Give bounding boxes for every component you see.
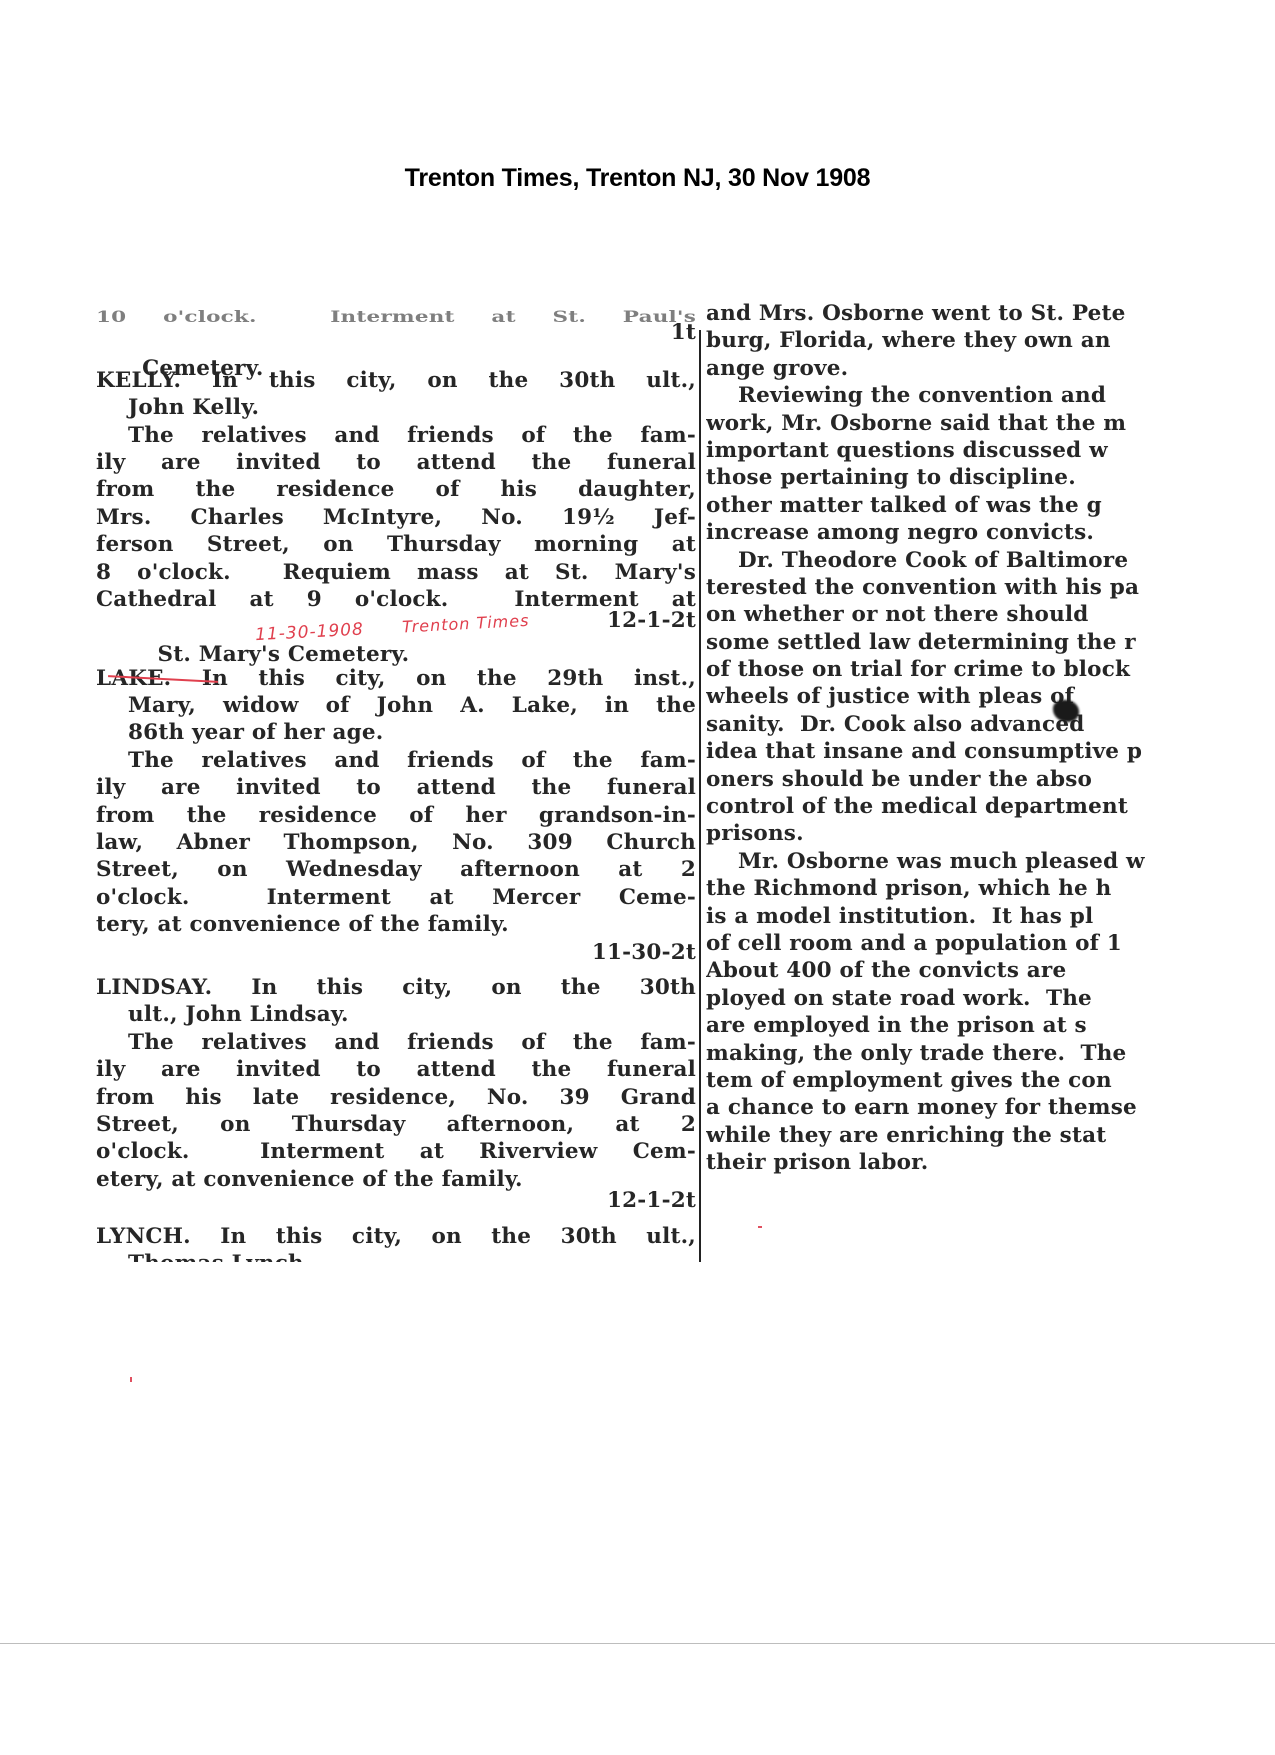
article-line: sanity. Dr. Cook also advanced	[706, 711, 1242, 738]
obit-line: from the residence of his daughter,	[96, 476, 696, 503]
obit-line: ult., John Lindsay.	[96, 1001, 696, 1028]
obit-line: ferson Street, on Thursday morning at	[96, 531, 696, 558]
obit-line: The relatives and friends of the fam-	[96, 1029, 696, 1056]
article-line: a chance to earn money for themse	[706, 1094, 1242, 1121]
article-line: idea that insane and consumptive p	[706, 738, 1242, 765]
article-line: burg, Florida, where they own an	[706, 327, 1242, 354]
obit-line: ily are invited to attend the funeral	[96, 449, 696, 476]
article-line: Mr. Osborne was much pleased w	[706, 848, 1242, 875]
obit-line: The relatives and friends of the fam-	[96, 747, 696, 774]
article-line: important questions discussed w	[706, 437, 1242, 464]
article-column: and Mrs. Osborne went to St. Pete burg, …	[706, 300, 1242, 1262]
article-line: while they are enriching the stat	[706, 1122, 1242, 1149]
article-line: on whether or not there should	[706, 601, 1242, 628]
column-rule	[699, 330, 701, 1262]
article-line: of those on trial for crime to block	[706, 656, 1242, 683]
obit-line: Street, on Thursday afternoon, at 2	[96, 1111, 696, 1138]
article-line: and Mrs. Osborne went to St. Pete	[706, 300, 1242, 327]
obit-line: Street, on Wednesday afternoon at 2	[96, 856, 696, 883]
article-line: tem of employment gives the con	[706, 1067, 1242, 1094]
obit-line: 86th year of her age.	[96, 719, 696, 746]
obit-line: o'clock. Interment at Mercer Ceme-	[96, 884, 696, 911]
obit-heading: LINDSAY. In this city, on the 30th	[96, 974, 696, 1001]
newspaper-clipping: 10 o'clock. Interment at St. Paul's Ceme…	[96, 300, 1242, 1262]
article-line: are employed in the prison at s	[706, 1012, 1242, 1039]
obit-line: Cemetery. 1t	[96, 327, 696, 354]
obit-line: 8 o'clock. Requiem mass at St. Mary's	[96, 559, 696, 586]
obituary-entry-lake: LAKE. In this city, on the 29th inst., M…	[96, 665, 696, 966]
article-line: oners should be under the abso	[706, 766, 1242, 793]
obit-heading: LYNCH. In this city, on the 30th ult.,	[96, 1223, 696, 1250]
article-line: their prison labor.	[706, 1149, 1242, 1176]
obit-line: The relatives and friends of the fam-	[96, 422, 696, 449]
ink-blot-mark	[1053, 700, 1079, 722]
obit-line: o'clock. Interment at Riverview Cem-	[96, 1138, 696, 1165]
obit-line: Thomas Lynch.	[96, 1250, 696, 1262]
article-line: is a model institution. It has pl	[706, 903, 1242, 930]
article-line: terested the convention with his pa	[706, 574, 1242, 601]
obit-line: from the residence of her grandson-in-	[96, 802, 696, 829]
obit-line: tery, at convenience of the family.	[96, 911, 696, 938]
obituary-column: 10 o'clock. Interment at St. Paul's Ceme…	[96, 300, 696, 1262]
run-code: 12-1-2t	[607, 607, 696, 634]
clipped-top-line: 10 o'clock. Interment at St. Paul's	[96, 307, 696, 328]
obituary-entry-lynch: LYNCH. In this city, on the 30th ult., T…	[96, 1223, 696, 1263]
article-line: the Richmond prison, which he h	[706, 875, 1242, 902]
article-line: ange grove.	[706, 355, 1242, 382]
run-code: 1t	[671, 319, 696, 346]
obituary-entry-kelly: KELLY. In this city, on the 30th ult., J…	[96, 367, 696, 641]
article-line: increase among negro convicts.	[706, 519, 1242, 546]
article-line: some settled law determining the r	[706, 629, 1242, 656]
article-line: Dr. Theodore Cook of Baltimore	[706, 547, 1242, 574]
article-line: making, the only trade there. The	[706, 1040, 1242, 1067]
obit-line: John Kelly.	[96, 394, 696, 421]
run-code: 11-30-2t	[96, 939, 696, 966]
obit-line: ily are invited to attend the funeral	[96, 1056, 696, 1083]
article-line: prisons.	[706, 820, 1242, 847]
article-line: other matter talked of was the g	[706, 492, 1242, 519]
page-title: Trenton Times, Trenton NJ, 30 Nov 1908	[0, 164, 1275, 193]
obit-line: Mary, widow of John A. Lake, in the	[96, 692, 696, 719]
obit-line: Mrs. Charles McIntyre, No. 19½ Jef-	[96, 504, 696, 531]
article-line: Reviewing the convention and	[706, 382, 1242, 409]
obituary-entry-lindsay: LINDSAY. In this city, on the 30th ult.,…	[96, 974, 696, 1215]
scan-edge-line	[0, 1643, 1275, 1644]
red-speck-mark	[758, 1226, 762, 1228]
article-line: those pertaining to discipline.	[706, 464, 1242, 491]
obit-line: ily are invited to attend the funeral	[96, 774, 696, 801]
article-line: About 400 of the convicts are	[706, 957, 1242, 984]
obit-line: law, Abner Thompson, No. 309 Church	[96, 829, 696, 856]
article-line: of cell room and a population of 1	[706, 930, 1242, 957]
article-line: control of the medical department	[706, 793, 1242, 820]
article-line: work, Mr. Osborne said that the m	[706, 410, 1242, 437]
article-line: ployed on state road work. The	[706, 985, 1242, 1012]
red-speck-mark	[130, 1377, 132, 1382]
article-line: wheels of justice with pleas of	[706, 683, 1242, 710]
obit-line: from his late residence, No. 39 Grand	[96, 1084, 696, 1111]
